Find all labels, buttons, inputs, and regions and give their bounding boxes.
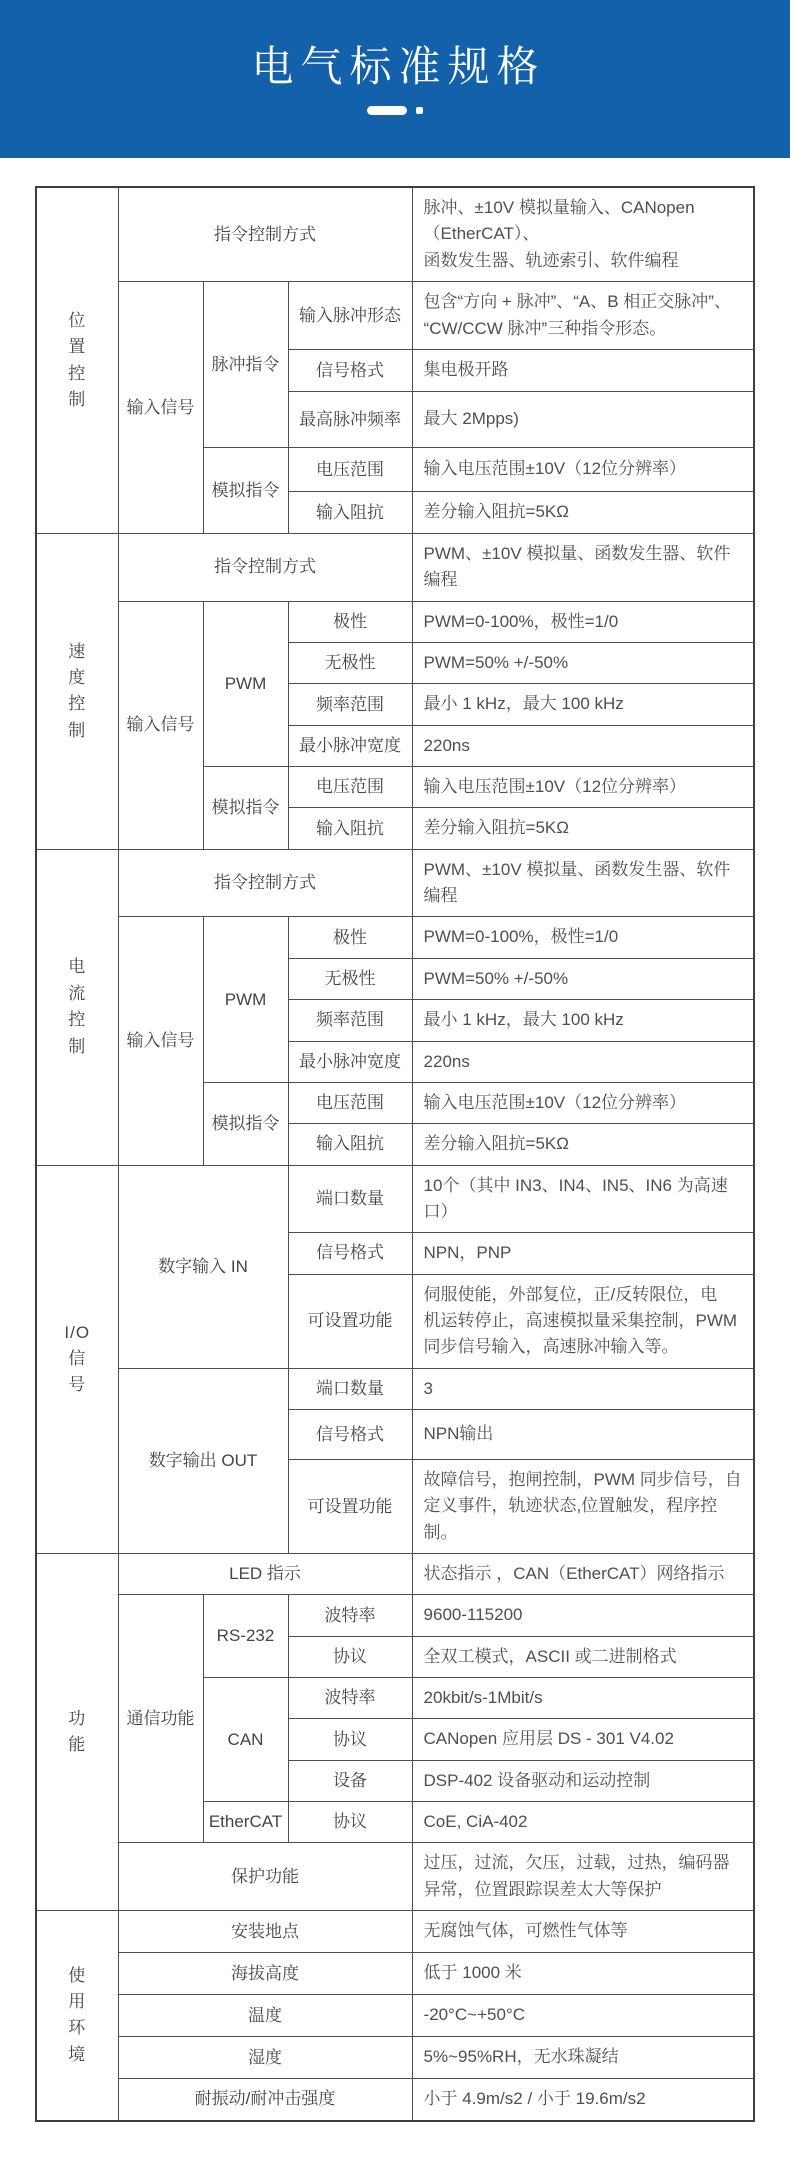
spec-value: 脉冲、±10V 模拟量输入、CANopen （EtherCAT）、 函数发生器、…: [412, 187, 754, 282]
table-row: 湿度 5%~95%RH，无水珠凝结: [36, 2037, 754, 2079]
table-row: 位 置 控 制 指令控制方式 脉冲、±10V 模拟量输入、CANopen （Et…: [36, 187, 754, 282]
spec-name: 模拟指令: [203, 767, 288, 850]
spec-name: 协议: [288, 1719, 412, 1760]
spec-value: 输入电压范围±10V（12位分辨率）: [412, 448, 754, 492]
spec-name: EtherCAT: [203, 1802, 288, 1843]
spec-name: 电压范围: [288, 767, 412, 808]
section-label-environment: 使 用 环 境: [36, 1911, 118, 2121]
spec-name: 脉冲指令: [203, 282, 288, 448]
spec-value: 最大 2Mpps): [412, 392, 754, 448]
spec-name: 模拟指令: [203, 1082, 288, 1165]
spec-name: 海拔高度: [118, 1953, 412, 1995]
spec-name: 指令控制方式: [118, 187, 412, 282]
table-row: I/O 信 号 数字输入 IN 端口数量 10个（其中 IN3、IN4、IN5、…: [36, 1165, 754, 1233]
spec-name: 最小脉冲宽度: [288, 725, 412, 766]
spec-value: PWM=0-100%，极性=1/0: [412, 917, 754, 958]
spec-name: 信号格式: [288, 350, 412, 392]
spec-name: 极性: [288, 917, 412, 958]
spec-name: LED 指示: [118, 1553, 412, 1594]
spec-name: 极性: [288, 601, 412, 642]
title-underline-dash-icon: [367, 106, 407, 115]
spec-value: 5%~95%RH，无水珠凝结: [412, 2037, 754, 2079]
spec-value: 9600-115200: [412, 1595, 754, 1636]
spec-value: 差分输入阻抗=5KΩ: [412, 808, 754, 849]
spec-name: 安装地点: [118, 1911, 412, 1953]
table-row: 通信功能 RS-232 波特率 9600-115200: [36, 1595, 754, 1636]
spec-name: 信号格式: [288, 1409, 412, 1459]
spec-name: 最小脉冲宽度: [288, 1041, 412, 1082]
spec-name: 输入阻抗: [288, 492, 412, 534]
spec-name: 指令控制方式: [118, 534, 412, 602]
spec-name: 波特率: [288, 1595, 412, 1636]
spec-name: 可设置功能: [288, 1274, 412, 1368]
spec-name: 输入阻抗: [288, 1124, 412, 1165]
spec-value: 输入电压范围±10V（12位分辨率）: [412, 767, 754, 808]
spec-value: CoE, CiA-402: [412, 1802, 754, 1843]
spec-value: 全双工模式，ASCII 或二进制格式: [412, 1636, 754, 1677]
table-row: 保护功能 过压，过流，欠压，过载，过热，编码器 异常，位置跟踪误差太大等保护: [36, 1843, 754, 1911]
spec-value: 无腐蚀气体，可燃性气体等: [412, 1911, 754, 1953]
section-label-position-control: 位 置 控 制: [36, 187, 118, 534]
spec-value: 最小 1 kHz，最大 100 kHz: [412, 684, 754, 725]
spec-table: 位 置 控 制 指令控制方式 脉冲、±10V 模拟量输入、CANopen （Et…: [35, 186, 755, 2122]
page-title: 电气标准规格: [244, 43, 545, 91]
spec-name: 湿度: [118, 2037, 412, 2079]
spec-name: 频率范围: [288, 684, 412, 725]
spec-name: 输入信号: [118, 282, 203, 534]
spec-value: NPN，PNP: [412, 1233, 754, 1274]
spec-name: 协议: [288, 1802, 412, 1843]
table-row: 使 用 环 境 安装地点 无腐蚀气体，可燃性气体等: [36, 1911, 754, 1953]
spec-name: PWM: [203, 601, 288, 766]
title-underline: [367, 106, 423, 115]
spec-value: 伺服使能，外部复位，正/反转限位，电 机运转停止，高速模拟量采集控制，PWM 同…: [412, 1274, 754, 1368]
spec-name: 数字输入 IN: [118, 1165, 288, 1368]
spec-value: 10个（其中 IN3、IN4、IN5、IN6 为高速 口）: [412, 1165, 754, 1233]
spec-name: 保护功能: [118, 1843, 412, 1911]
spec-value: PWM=50% +/-50%: [412, 958, 754, 999]
spec-value: 集电极开路: [412, 350, 754, 392]
section-label-functions: 功 能: [36, 1553, 118, 1910]
spec-name: PWM: [203, 917, 288, 1082]
table-row: 输入信号 PWM 极性 PWM=0-100%，极性=1/0: [36, 917, 754, 958]
spec-value: 最小 1 kHz，最大 100 kHz: [412, 1000, 754, 1041]
table-row: 温度 -20°C~+50°C: [36, 1995, 754, 2037]
spec-name: 耐振动/耐冲击强度: [118, 2079, 412, 2121]
spec-name: 指令控制方式: [118, 849, 412, 917]
spec-name: 电压范围: [288, 1082, 412, 1123]
spec-value: 包含“方向 + 脉冲”、“A、B 相正交脉冲”、 “CW/CCW 脉冲”三种指令…: [412, 282, 754, 350]
spec-name: CAN: [203, 1678, 288, 1802]
spec-value: -20°C~+50°C: [412, 1995, 754, 2037]
spec-value: 输入电压范围±10V（12位分辨率）: [412, 1082, 754, 1123]
table-row: 电 流 控 制 指令控制方式 PWM、±10V 模拟量、函数发生器、软件 编程: [36, 849, 754, 917]
spec-name: 信号格式: [288, 1233, 412, 1274]
table-row: 速 度 控 制 指令控制方式 PWM、±10V 模拟量、函数发生器、软件 编程: [36, 534, 754, 602]
spec-value: 故障信号，抱闸控制，PWM 同步信号，自 定义事件，轨迹状态,位置触发，程序控制…: [412, 1459, 754, 1553]
table-row: 数字输出 OUT 端口数量 3: [36, 1368, 754, 1409]
spec-value: CANopen 应用层 DS - 301 V4.02: [412, 1719, 754, 1760]
spec-name: 通信功能: [118, 1595, 203, 1843]
spec-name: 无极性: [288, 958, 412, 999]
section-label-current-control: 电 流 控 制: [36, 849, 118, 1165]
spec-name: 输入阻抗: [288, 808, 412, 849]
page-header: 电气标准规格: [0, 0, 790, 158]
spec-name: 输入信号: [118, 601, 203, 849]
spec-value: NPN输出: [412, 1409, 754, 1459]
spec-value: 220ns: [412, 725, 754, 766]
spec-value: 差分输入阻抗=5KΩ: [412, 492, 754, 534]
spec-value: PWM=50% +/-50%: [412, 643, 754, 684]
spec-value: 差分输入阻抗=5KΩ: [412, 1124, 754, 1165]
spec-name: 输入脉冲形态: [288, 282, 412, 350]
spec-name: RS-232: [203, 1595, 288, 1678]
spec-name: 频率范围: [288, 1000, 412, 1041]
spec-name: 数字输出 OUT: [118, 1368, 288, 1553]
spec-value: 3: [412, 1368, 754, 1409]
table-row: 耐振动/耐冲击强度 小于 4.9m/s2 / 小于 19.6m/s2: [36, 2079, 754, 2121]
spec-name: 协议: [288, 1636, 412, 1677]
spec-value: PWM、±10V 模拟量、函数发生器、软件 编程: [412, 849, 754, 917]
spec-name: 可设置功能: [288, 1459, 412, 1553]
spec-name: 无极性: [288, 643, 412, 684]
spec-value: PWM=0-100%，极性=1/0: [412, 601, 754, 642]
spec-name: 波特率: [288, 1678, 412, 1719]
spec-name: 设备: [288, 1760, 412, 1801]
spec-name: 端口数量: [288, 1165, 412, 1233]
table-row: 功 能 LED 指示 状态指示 ，CAN（EtherCAT）网络指示: [36, 1553, 754, 1594]
spec-name: 端口数量: [288, 1368, 412, 1409]
spec-name: 最高脉冲频率: [288, 392, 412, 448]
spec-name: 温度: [118, 1995, 412, 2037]
spec-value: 过压，过流，欠压，过载，过热，编码器 异常，位置跟踪误差太大等保护: [412, 1843, 754, 1911]
spec-value: 小于 4.9m/s2 / 小于 19.6m/s2: [412, 2079, 754, 2121]
table-row: 输入信号 脉冲指令 输入脉冲形态 包含“方向 + 脉冲”、“A、B 相正交脉冲”…: [36, 282, 754, 350]
spec-value: 220ns: [412, 1041, 754, 1082]
table-row: 海拔高度 低于 1000 米: [36, 1953, 754, 1995]
section-label-io-signals: I/O 信 号: [36, 1165, 118, 1553]
spec-name: 模拟指令: [203, 448, 288, 534]
spec-value: 20kbit/s-1Mbit/s: [412, 1678, 754, 1719]
spec-name: 输入信号: [118, 917, 203, 1165]
spec-value: 状态指示 ，CAN（EtherCAT）网络指示: [412, 1553, 754, 1594]
spec-value: 低于 1000 米: [412, 1953, 754, 1995]
table-row: 输入信号 PWM 极性 PWM=0-100%，极性=1/0: [36, 601, 754, 642]
spec-value: PWM、±10V 模拟量、函数发生器、软件 编程: [412, 534, 754, 602]
spec-name: 电压范围: [288, 448, 412, 492]
title-underline-dot-icon: [416, 107, 423, 114]
section-label-speed-control: 速 度 控 制: [36, 534, 118, 850]
spec-value: DSP-402 设备驱动和运动控制: [412, 1760, 754, 1801]
